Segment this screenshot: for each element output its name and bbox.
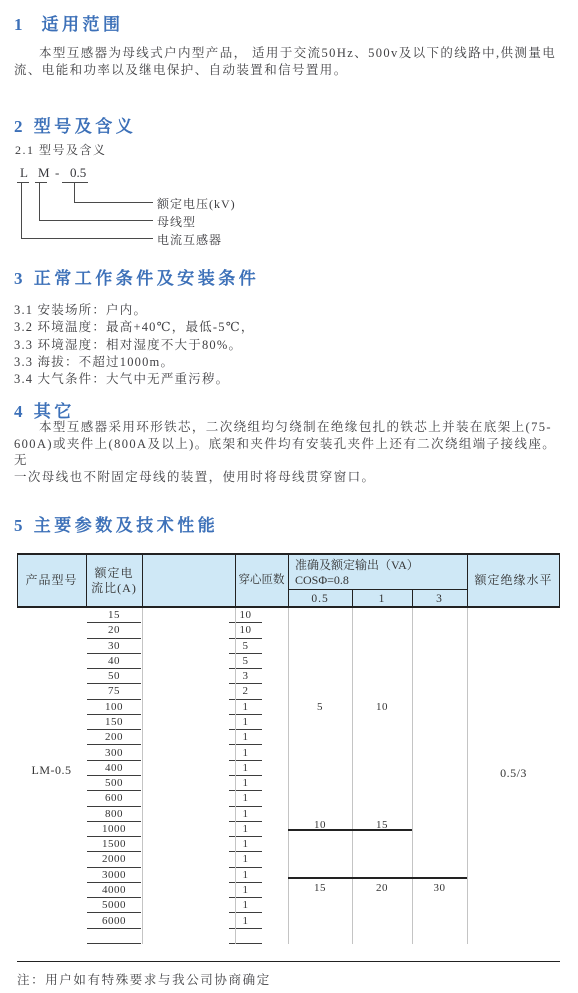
section-3-list: 3.1 安装场所：户内。 3.2 环境温度：最高+40℃，最低-5℃， 3.3 … xyxy=(14,302,255,388)
section-3-heading: 3 正常工作条件及安装条件 xyxy=(14,264,259,289)
row-turns-cell: 1 xyxy=(229,700,262,715)
header-output-group: 准确及额定输出（VA） COSΦ=0.8 xyxy=(295,558,467,588)
product-model-value: LM-0.5 xyxy=(17,762,86,778)
row-current-cell: 100 xyxy=(87,700,141,715)
row-current-cell: 1500 xyxy=(87,837,141,852)
condition-item: 3.1 安装场所：户内。 xyxy=(14,302,255,319)
table-grid-line xyxy=(235,608,236,944)
row-current-cell: 300 xyxy=(87,745,141,760)
row-current-cell: 40 xyxy=(87,654,141,669)
row-turns-cell: 1 xyxy=(229,715,262,730)
row-turns-cell: 1 xyxy=(229,837,262,852)
row-current-cell: 150 xyxy=(87,715,141,730)
document-page: 1 适用范围 本型互感器为母线式户内型产品， 适用于交流50Hz、500v及以下… xyxy=(0,0,578,993)
condition-item: 3.4 大气条件：大气中无严重污秽。 xyxy=(14,371,255,388)
section-1-paragraph: 本型互感器为母线式户内型产品， 适用于交流50Hz、500v及以下的线路中,供测… xyxy=(14,45,570,78)
row-turns-cell: 1 xyxy=(229,883,262,898)
row-current-cell: 20 xyxy=(87,623,141,638)
row-turns-cell: 1 xyxy=(229,776,262,791)
table-grid-line xyxy=(86,553,87,608)
section-2-heading: 2 型号及含义 xyxy=(14,112,136,137)
condition-item: 3.3 环境湿度：相对湿度不大于80%。 xyxy=(14,337,255,354)
row-turns-cell: 1 xyxy=(229,822,262,837)
output-va-0.5: 15 xyxy=(288,880,352,896)
output-va-0.5: 10 xyxy=(288,817,352,833)
row-turns-cell: 1 xyxy=(229,898,262,913)
row-turns-cell: 10 xyxy=(229,608,262,623)
row-current-cell: 3000 xyxy=(87,868,141,883)
model-code-diagram: L M - 0.5 额定电压(kV) 母线型 电流互感器 xyxy=(14,165,334,255)
row-current-cell: 200 xyxy=(87,730,141,745)
section-2-subheading: 2.1 型号及含义 xyxy=(15,141,107,158)
header-class-1: 1 xyxy=(352,590,412,607)
output-va-0.5: 5 xyxy=(288,699,352,715)
row-current-cell: 800 xyxy=(87,807,141,822)
row-current-cell: 4000 xyxy=(87,883,141,898)
header-output-cos: COSΦ=0.8 xyxy=(295,573,467,588)
model-code-voltage: 0.5 xyxy=(70,165,86,181)
table-rule-line xyxy=(17,961,560,963)
row-current-cell: 30 xyxy=(87,639,141,654)
row-current-cell: 5000 xyxy=(87,898,141,913)
table-grid-line xyxy=(288,553,289,608)
output-va-1: 20 xyxy=(352,880,412,896)
condition-item: 3.3 海拔：不超过1000m。 xyxy=(14,354,255,371)
row-current-cell: 75 xyxy=(87,684,141,699)
condition-item: 3.2 环境温度：最高+40℃，最低-5℃， xyxy=(14,319,255,336)
row-turns-cell: 1 xyxy=(229,868,262,883)
row-turns-cell: 2 xyxy=(229,684,262,699)
row-current-cell: 15 xyxy=(87,608,141,623)
model-code-dash: - xyxy=(55,165,59,181)
model-code-letter-l: L xyxy=(20,165,28,181)
header-class-3: 3 xyxy=(412,590,467,607)
table-grid-line xyxy=(142,608,143,944)
header-turns: 穿心匝数 xyxy=(235,553,288,608)
row-current-cell: 50 xyxy=(87,669,141,684)
output-va-1: 15 xyxy=(352,817,412,833)
footnote: 注：用户如有特殊要求与我公司协商确定 xyxy=(17,970,271,988)
table-rule-line xyxy=(17,553,560,555)
section-1-heading: 1 适用范围 xyxy=(14,10,124,35)
row-turns-cell: 1 xyxy=(229,807,262,822)
table-grid-line xyxy=(142,553,143,608)
row-turns-cell: 1 xyxy=(229,761,262,776)
table-rule-line xyxy=(288,589,467,590)
row-turns-cell: 5 xyxy=(229,654,262,669)
table-grid-line xyxy=(559,553,560,608)
header-insulation-level: 额定绝缘水平 xyxy=(467,553,560,608)
insulation-value: 0.5/3 xyxy=(467,765,560,781)
row-turns-cell xyxy=(229,929,262,944)
row-current-cell: 500 xyxy=(87,776,141,791)
output-va-3: 30 xyxy=(412,880,467,896)
header-rated-current: 额定电 流比(A) xyxy=(86,553,142,608)
table-rule-line xyxy=(17,606,560,608)
output-va-1: 10 xyxy=(352,699,412,715)
row-turns-cell: 1 xyxy=(229,791,262,806)
row-current-cell: 400 xyxy=(87,761,141,776)
table-grid-line xyxy=(17,553,18,608)
table-rule-line xyxy=(288,877,467,879)
row-turns-cell: 1 xyxy=(229,745,262,760)
row-current-cell: 2000 xyxy=(87,852,141,867)
label-rated-voltage: 额定电压(kV) xyxy=(157,195,236,212)
connector-ct xyxy=(21,183,153,239)
label-current-transformer: 电流互感器 xyxy=(157,231,222,248)
header-output-title: 准确及额定输出（VA） xyxy=(295,558,467,573)
row-current-cell xyxy=(87,929,141,944)
table-grid-line xyxy=(235,553,236,608)
section-5-heading: 5 主要参数及技术性能 xyxy=(14,511,218,536)
table-grid-line xyxy=(467,553,468,608)
header-product-model: 产品型号 xyxy=(17,553,86,608)
row-turns-cell: 1 xyxy=(229,852,262,867)
row-turns-cell: 1 xyxy=(229,913,262,928)
row-turns-cell: 1 xyxy=(229,730,262,745)
row-current-cell: 1000 xyxy=(87,822,141,837)
row-turns-cell: 10 xyxy=(229,623,262,638)
row-turns-cell: 3 xyxy=(229,669,262,684)
row-turns-cell: 5 xyxy=(229,639,262,654)
parameter-table: 产品型号 额定电 流比(A) 穿心匝数 准确及额定输出（VA） COSΦ=0.8… xyxy=(17,553,560,965)
model-code-letter-m: M xyxy=(38,165,50,181)
label-bus-type: 母线型 xyxy=(157,213,196,230)
section-4-paragraph: 本型互感器采用环形铁芯，二次绕组均匀绕制在绝缘包扎的铁芯上并装在底架上(75- … xyxy=(14,419,570,485)
header-class-0.5: 0.5 xyxy=(288,590,352,607)
row-current-cell: 6000 xyxy=(87,913,141,928)
row-current-cell: 600 xyxy=(87,791,141,806)
